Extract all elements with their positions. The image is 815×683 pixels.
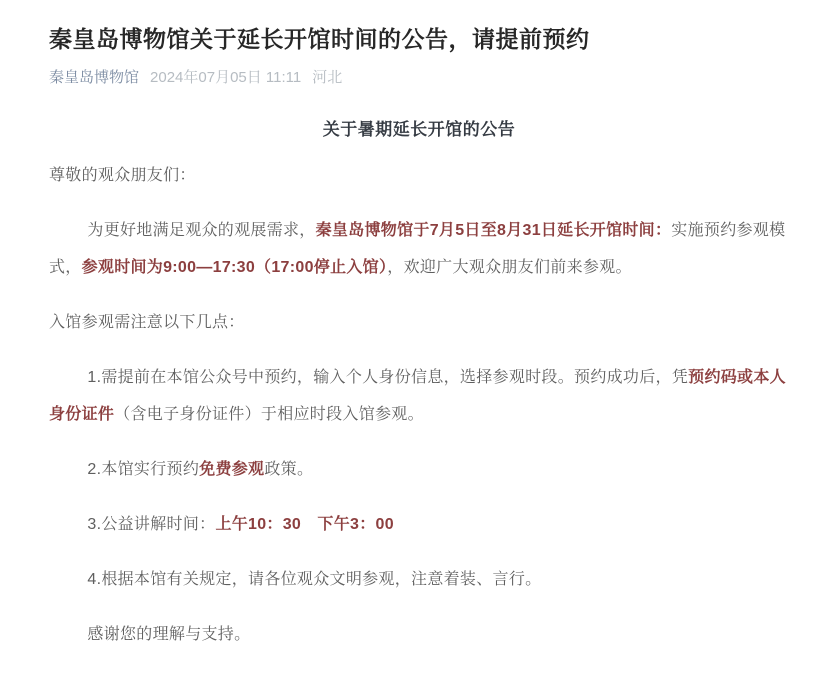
text-run: 1.需提前在本馆公众号中预约，输入个人身份信息，选择参观时段。预约成功后，凭 [87, 369, 688, 386]
article-body: 尊敬的观众朋友们：为更好地满足观众的观展需求，秦皇岛博物馆于7月5日至8月31日… [49, 157, 789, 653]
text-run: 为更好地满足观众的观展需求， [87, 222, 315, 239]
text-run: 入馆参观需注意以下几点： [49, 314, 245, 331]
text-run: 3.公益讲解时间： [87, 516, 215, 533]
paragraph: 感谢您的理解与支持。 [49, 616, 789, 653]
paragraph: 3.公益讲解时间：上午10：30 下午3：00 [49, 506, 789, 543]
paragraph: 为更好地满足观众的观展需求，秦皇岛博物馆于7月5日至8月31日延长开馆时间：实施… [49, 212, 789, 286]
text-run: 4.根据本馆有关规定，请各位观众文明参观，注意着装、言行。 [87, 571, 541, 588]
text-run: 尊敬的观众朋友们： [49, 167, 196, 184]
highlight-text: 秦皇岛博物馆于7月5日至8月31日延长开馆时间： [316, 222, 672, 239]
highlight-text: 免费参观 [199, 461, 264, 478]
paragraph: 尊敬的观众朋友们： [49, 157, 789, 194]
highlight-text: 上午10：30 下午3：00 [215, 516, 394, 533]
paragraph: 2.本馆实行预约免费参观政策。 [49, 451, 789, 488]
text-run: 2.本馆实行预约 [87, 461, 199, 478]
announcement-heading: 关于暑期延长开馆的公告 [49, 115, 789, 140]
paragraph: 1.需提前在本馆公众号中预约，输入个人身份信息，选择参观时段。预约成功后，凭预约… [49, 359, 789, 433]
text-run: 政策。 [264, 461, 313, 478]
text-run: 感谢您的理解与支持。 [87, 626, 250, 643]
account-name-link[interactable]: 秦皇岛博物馆 [49, 68, 139, 88]
paragraph: 入馆参观需注意以下几点： [49, 304, 789, 341]
article-page: 秦皇岛博物馆关于延长开馆时间的公告，请提前预约 秦皇岛博物馆 2024年07月0… [0, 0, 815, 653]
article-title: 秦皇岛博物馆关于延长开馆时间的公告，请提前预约 [49, 24, 789, 55]
text-run: （含电子身份证件）于相应时段入馆参观。 [114, 406, 424, 423]
paragraph: 4.根据本馆有关规定，请各位观众文明参观，注意着装、言行。 [49, 561, 789, 598]
publish-region: 河北 [312, 68, 342, 88]
text-run: ，欢迎广大观众朋友们前来参观。 [387, 259, 632, 276]
highlight-text: 参观时间为9:00—17:30（17:00停止入馆） [82, 259, 388, 276]
publish-date: 2024年07月05日 11:11 [150, 68, 301, 88]
article-meta: 秦皇岛博物馆 2024年07月05日 11:11 河北 [49, 68, 789, 88]
